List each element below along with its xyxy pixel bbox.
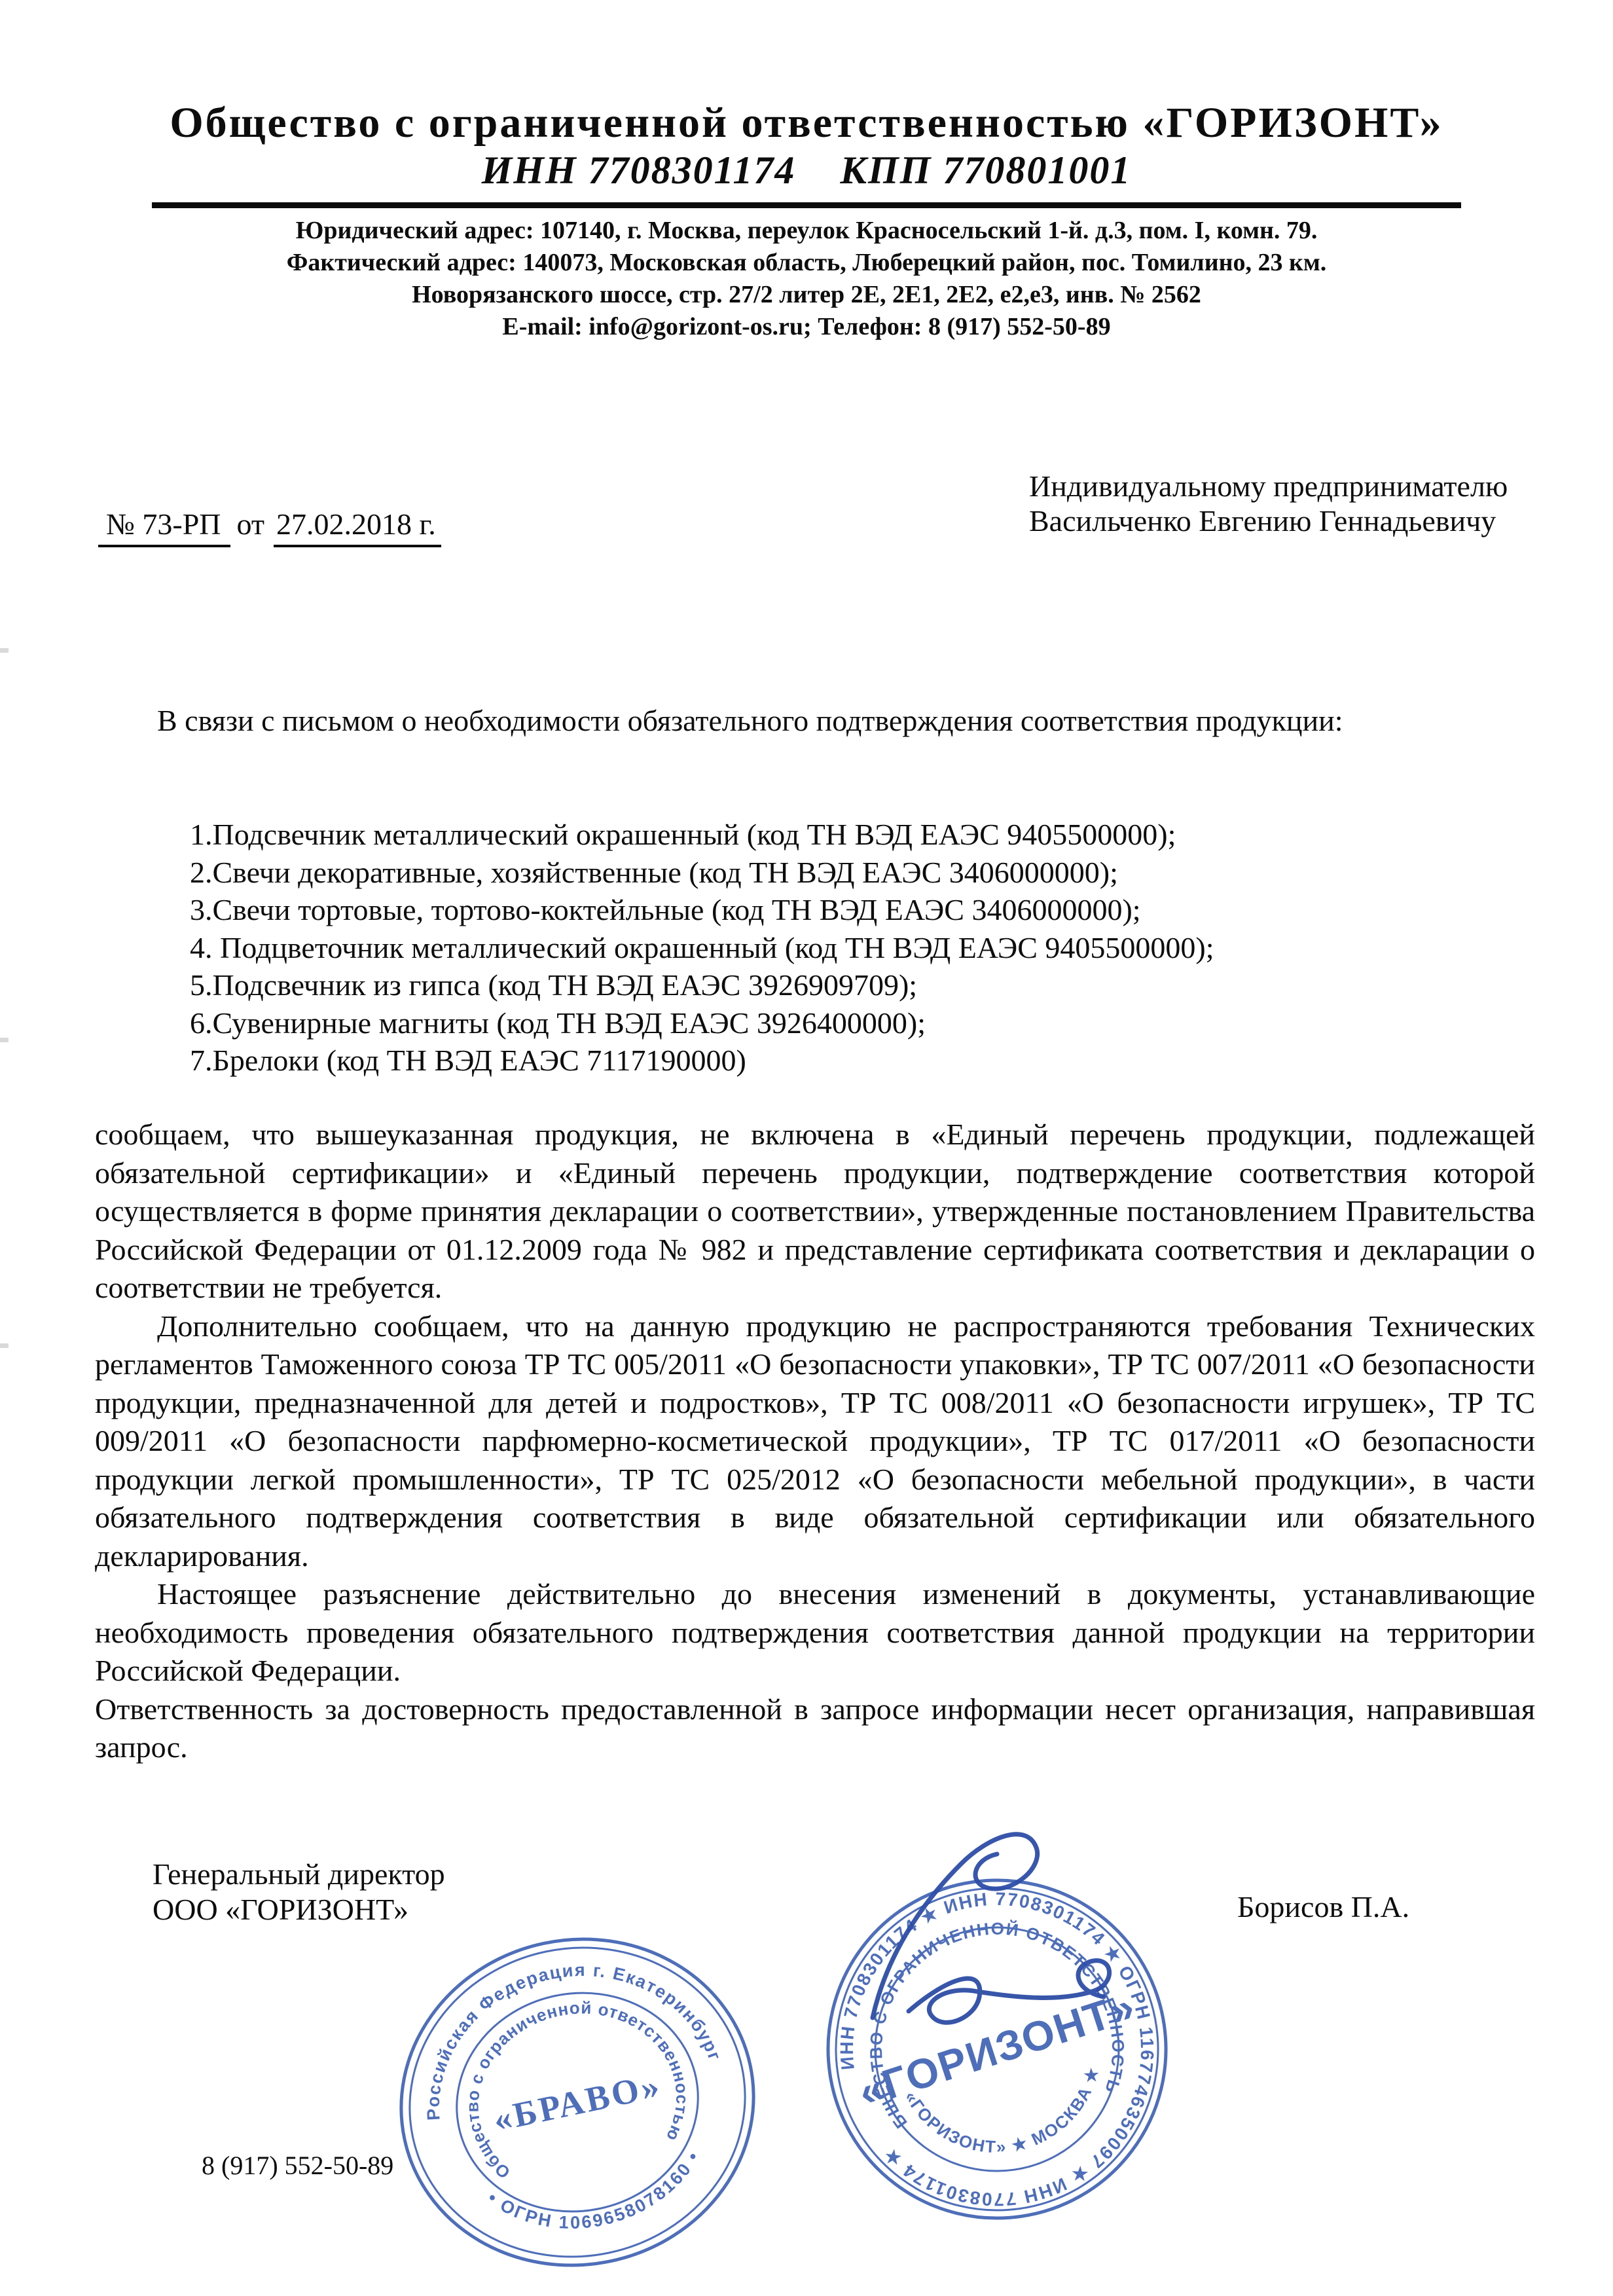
header-rule [152, 202, 1461, 208]
paragraph-regulations: Дополнительно сообщаем, что на данную пр… [95, 1307, 1535, 1576]
scan-artifact [0, 1038, 9, 1042]
product-item: 6.Сувенирные магниты (код ТН ВЭД ЕАЭС 39… [190, 1004, 1214, 1042]
product-item: 5.Подсвечник из гипса (код ТН ВЭД ЕАЭС 3… [190, 966, 1214, 1004]
addressee-line1: Индивидуальному предпринимателю [1029, 469, 1508, 503]
address-line3: Новорязанского шоссе, стр. 27/2 литер 2Е… [0, 279, 1613, 311]
addressee-block: Индивидуальному предпринимателю Васильче… [1029, 469, 1508, 538]
bravo-stamp-icon: Российская Федерация г. Екатеринбург • О… [361, 1915, 793, 2295]
product-list: 1.Подсвечник металлический окрашенный (к… [190, 816, 1214, 1080]
org-title: Общество с ограниченной ответственностью… [0, 98, 1613, 148]
gorizont-center-text: «ГОРИЗОНТ» [853, 1982, 1141, 2116]
letterhead-address-block: Юридический адрес: 107140, г. Москва, пе… [0, 215, 1613, 343]
product-item: 1.Подсвечник металлический окрашенный (к… [190, 816, 1214, 854]
footer-phone: 8 (917) 552-50-89 [202, 2150, 393, 2181]
inn-kpp-line: ИНН 7708301174 КПП 770801001 [0, 148, 1613, 193]
svg-text:ОБЩЕСТВО С ОГРАНИЧЕННОЙ ОТВЕТС: ОБЩЕСТВО С ОГРАНИЧЕННОЙ ОТВЕТСТВЕННОСТЬЮ [849, 1902, 1136, 2135]
svg-text:Российская Федерация г. Екатер: Российская Федерация г. Екатеринбург [397, 1932, 726, 2124]
paragraph-certification: сообщаем, что вышеуказанная продукция, н… [95, 1116, 1535, 1307]
scan-artifact [0, 648, 9, 653]
signer-position-line1: Генеральный директор [153, 1857, 445, 1892]
addressee-line2: Васильченко Евгению Геннадьевичу [1029, 503, 1508, 538]
svg-text:ИНН 7708301174 ★ ИНН 770830117: ИНН 7708301174 ★ ИНН 7708301174 ★ ОГРН 1… [816, 1868, 1178, 2231]
svg-text:• ОГРН 1069658078160 •: • ОГРН 1069658078160 • [481, 2144, 714, 2252]
bravo-ring-inner-text: Общество с ограниченной ответственностью [443, 1977, 704, 2187]
gorizont-stamp-icon: ИНН 7708301174 ★ ИНН 7708301174 ★ ОГРН 1… [810, 1802, 1190, 2234]
paragraph-responsibility: Ответственность за достоверность предост… [95, 1690, 1535, 1767]
signer-position-block: Генеральный директор ООО «ГОРИЗОНТ» [153, 1857, 445, 1927]
gorizont-ring-outer-text: ИНН 7708301174 ★ ИНН 7708301174 ★ ОГРН 1… [816, 1868, 1178, 2231]
product-item: 2.Свечи декоративные, хозяйственные (код… [190, 854, 1214, 892]
legal-address: Юридический адрес: 107140, г. Москва, пе… [0, 215, 1613, 247]
reference-date: 27.02.2018 г. [274, 507, 441, 547]
paragraph-validity: Настоящее разъяснение действительно до в… [95, 1575, 1535, 1690]
signer-name: Борисов П.А. [1237, 1889, 1409, 1924]
product-item: 4. Подцветочник металлический окрашенный… [190, 929, 1214, 967]
document-page: Общество с ограниченной ответственностью… [0, 0, 1613, 2296]
product-item: 3.Свечи тортовые, тортово-коктейльные (к… [190, 891, 1214, 929]
reference-number: № 73-РП [98, 507, 230, 547]
contacts-line: E-mail: info@gorizont-os.ru; Телефон: 8 … [0, 311, 1613, 343]
svg-text:«ГОРИЗОНТ» ★ МОСКВА ★: «ГОРИЗОНТ» ★ МОСКВА ★ [900, 2062, 1113, 2170]
bravo-ring-top-text: Российская Федерация г. Екатеринбург [397, 1932, 726, 2124]
bravo-center-text: «БРАВО» [490, 2066, 665, 2140]
gorizont-ring-inner-bottom-text: «ГОРИЗОНТ» ★ МОСКВА ★ [900, 2062, 1113, 2170]
actual-address: Фактический адрес: 140073, Московская об… [0, 247, 1613, 279]
svg-text:Общество с ограниченной ответс: Общество с ограниченной ответственностью [443, 1977, 704, 2187]
bravo-ring-bottom-text: • ОГРН 1069658078160 • [481, 2144, 714, 2252]
handwritten-signature [873, 1834, 1110, 2023]
reference-line: № 73-РПот27.02.2018 г. [98, 507, 441, 547]
body-paragraphs: сообщаем, что вышеуказанная продукция, н… [95, 1116, 1535, 1767]
signer-position-line2: ООО «ГОРИЗОНТ» [153, 1892, 445, 1927]
scan-artifact [0, 1343, 9, 1348]
product-item: 7.Брелоки (код ТН ВЭД ЕАЭС 7117190000) [190, 1042, 1214, 1080]
gorizont-ring-inner-top-text: ОБЩЕСТВО С ОГРАНИЧЕННОЙ ОТВЕТСТВЕННОСТЬЮ [849, 1902, 1136, 2135]
intro-paragraph: В связи с письмом о необходимости обязат… [95, 701, 1535, 740]
reference-preposition: от [237, 507, 265, 541]
